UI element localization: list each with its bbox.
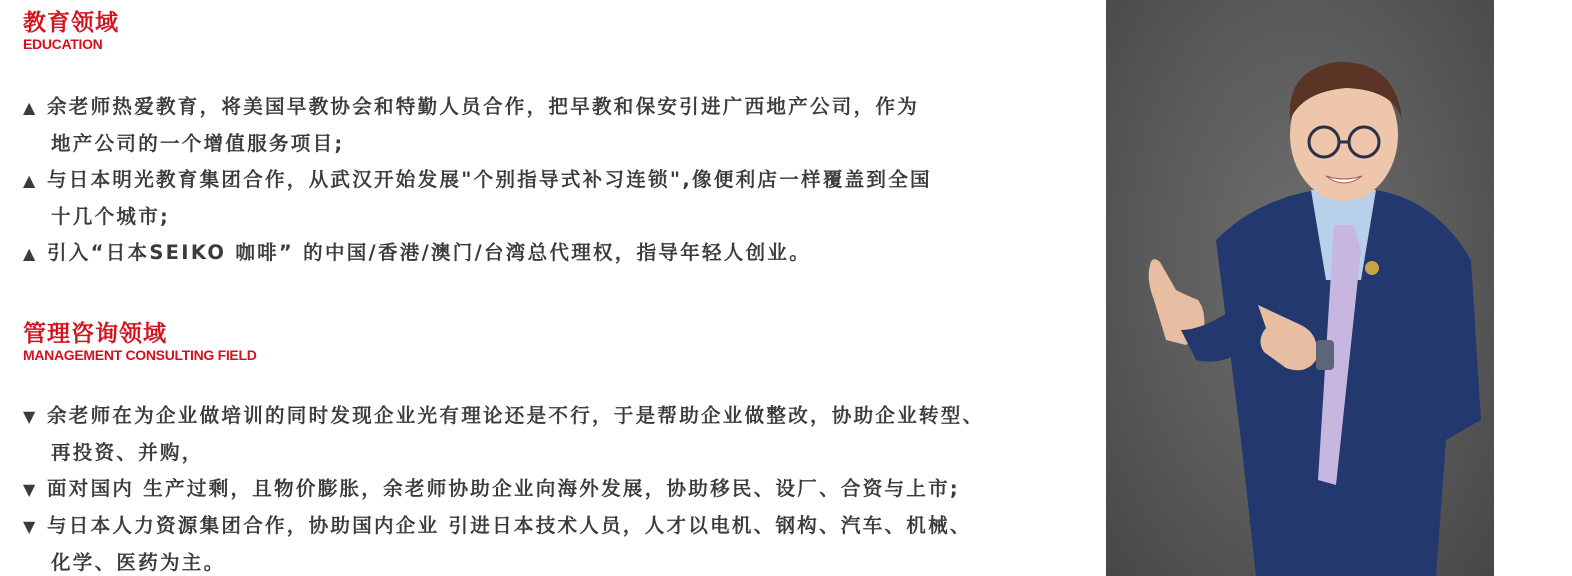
list-item: ▼面对国内 生产过剩，且物价膨胀，余老师协助企业向海外发展，协助移民、设厂、合资… — [23, 471, 1113, 508]
triangle-up-icon: ▲ — [23, 163, 47, 199]
management-subtitle: MANAGEMENT CONSULTING FIELD — [23, 347, 257, 363]
portrait-photo — [1106, 0, 1494, 576]
triangle-down-icon: ▼ — [23, 399, 47, 435]
triangle-up-icon: ▲ — [23, 90, 47, 126]
triangle-down-icon: ▼ — [23, 472, 47, 508]
education-subtitle: EDUCATION — [23, 36, 119, 52]
management-list: ▼余老师在为企业做培训的同时发现企业光有理论还是不行，于是帮助企业做整改，协助企… — [23, 398, 1113, 576]
triangle-down-icon: ▼ — [23, 509, 47, 545]
education-header: 教育领域 EDUCATION — [23, 10, 119, 52]
triangle-up-icon: ▲ — [23, 236, 47, 272]
management-header: 管理咨询领域 MANAGEMENT CONSULTING FIELD — [23, 321, 257, 363]
list-item: ▲余老师热爱教育，将美国早教协会和特勤人员合作，把早教和保安引进广西地产公司，作… — [23, 89, 1113, 162]
list-item: ▼与日本人力资源集团合作，协助国内企业 引进日本技术人员，人才以电机、钢构、汽车… — [23, 508, 1113, 576]
management-title: 管理咨询领域 — [23, 321, 257, 347]
person-illustration — [1106, 0, 1494, 576]
list-item: ▲引入“日本SEIKO 咖啡” 的中国/香港/澳门/台湾总代理权，指导年轻人创业… — [23, 235, 1113, 272]
education-list: ▲余老师热爱教育，将美国早教协会和特勤人员合作，把早教和保安引进广西地产公司，作… — [23, 89, 1113, 272]
list-item: ▲与日本明光教育集团合作，从武汉开始发展"个别指导式补习连锁",像便利店一样覆盖… — [23, 162, 1113, 235]
education-title: 教育领域 — [23, 10, 119, 36]
list-item: ▼余老师在为企业做培训的同时发现企业光有理论还是不行，于是帮助企业做整改，协助企… — [23, 398, 1113, 471]
